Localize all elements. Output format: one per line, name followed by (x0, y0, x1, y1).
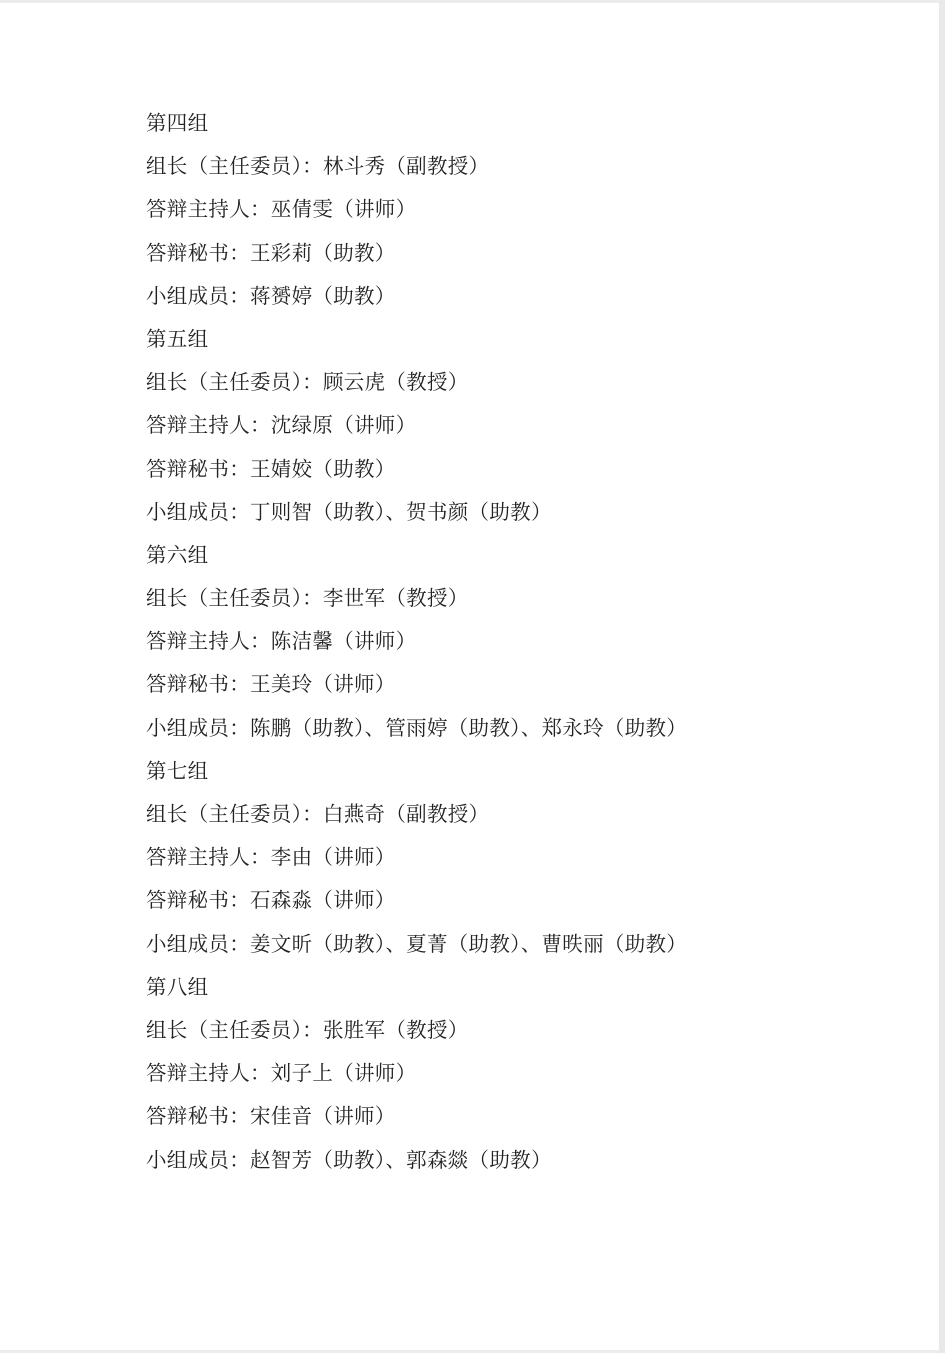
group-members: 小组成员：姜文昕（助教）、夏菁（助教）、曹昳丽（助教） (146, 928, 687, 971)
group-title: 第六组 (146, 539, 687, 582)
group-host: 答辩主持人：李由（讲师） (146, 841, 687, 884)
group-members: 小组成员：陈鹏（助教）、管雨婷（助教）、郑永玲（助教） (146, 712, 687, 755)
group-secretary: 答辩秘书：王彩莉（助教） (146, 237, 687, 280)
group-host: 答辩主持人：巫倩雯（讲师） (146, 193, 687, 236)
group-secretary: 答辩秘书：石森淼（讲师） (146, 884, 687, 927)
group-title: 第八组 (146, 971, 687, 1014)
group-secretary: 答辩秘书：王婧姣（助教） (146, 453, 687, 496)
group-members: 小组成员：丁则智（助教）、贺书颜（助教） (146, 496, 687, 539)
group-secretary: 答辩秘书：宋佳音（讲师） (146, 1100, 687, 1143)
group-leader: 组长（主任委员）：张胜军（教授） (146, 1014, 687, 1057)
group-leader: 组长（主任委员）：顾云虎（教授） (146, 366, 687, 409)
group-7: 第七组 组长（主任委员）：白燕奇（副教授） 答辩主持人：李由（讲师） 答辩秘书：… (146, 755, 687, 971)
group-8: 第八组 组长（主任委员）：张胜军（教授） 答辩主持人：刘子上（讲师） 答辩秘书：… (146, 971, 687, 1187)
group-leader: 组长（主任委员）：李世军（教授） (146, 582, 687, 625)
group-secretary: 答辩秘书：王美玲（讲师） (146, 668, 687, 711)
group-title: 第五组 (146, 323, 687, 366)
scrollbar-track[interactable] (939, 0, 945, 1353)
document-content: 第四组 组长（主任委员）：林斗秀（副教授） 答辩主持人：巫倩雯（讲师） 答辩秘书… (146, 107, 687, 1187)
document-page: 第四组 组长（主任委员）：林斗秀（副教授） 答辩主持人：巫倩雯（讲师） 答辩秘书… (0, 3, 939, 1350)
group-5: 第五组 组长（主任委员）：顾云虎（教授） 答辩主持人：沈绿原（讲师） 答辩秘书：… (146, 323, 687, 539)
group-host: 答辩主持人：刘子上（讲师） (146, 1057, 687, 1100)
group-leader: 组长（主任委员）：白燕奇（副教授） (146, 798, 687, 841)
group-title: 第七组 (146, 755, 687, 798)
group-host: 答辩主持人：陈洁馨（讲师） (146, 625, 687, 668)
group-members: 小组成员：赵智芳（助教）、郭森燚（助教） (146, 1144, 687, 1187)
group-6: 第六组 组长（主任委员）：李世军（教授） 答辩主持人：陈洁馨（讲师） 答辩秘书：… (146, 539, 687, 755)
group-title: 第四组 (146, 107, 687, 150)
group-members: 小组成员：蒋赟婷（助教） (146, 280, 687, 323)
group-host: 答辩主持人：沈绿原（讲师） (146, 409, 687, 452)
group-4: 第四组 组长（主任委员）：林斗秀（副教授） 答辩主持人：巫倩雯（讲师） 答辩秘书… (146, 107, 687, 323)
group-leader: 组长（主任委员）：林斗秀（副教授） (146, 150, 687, 193)
